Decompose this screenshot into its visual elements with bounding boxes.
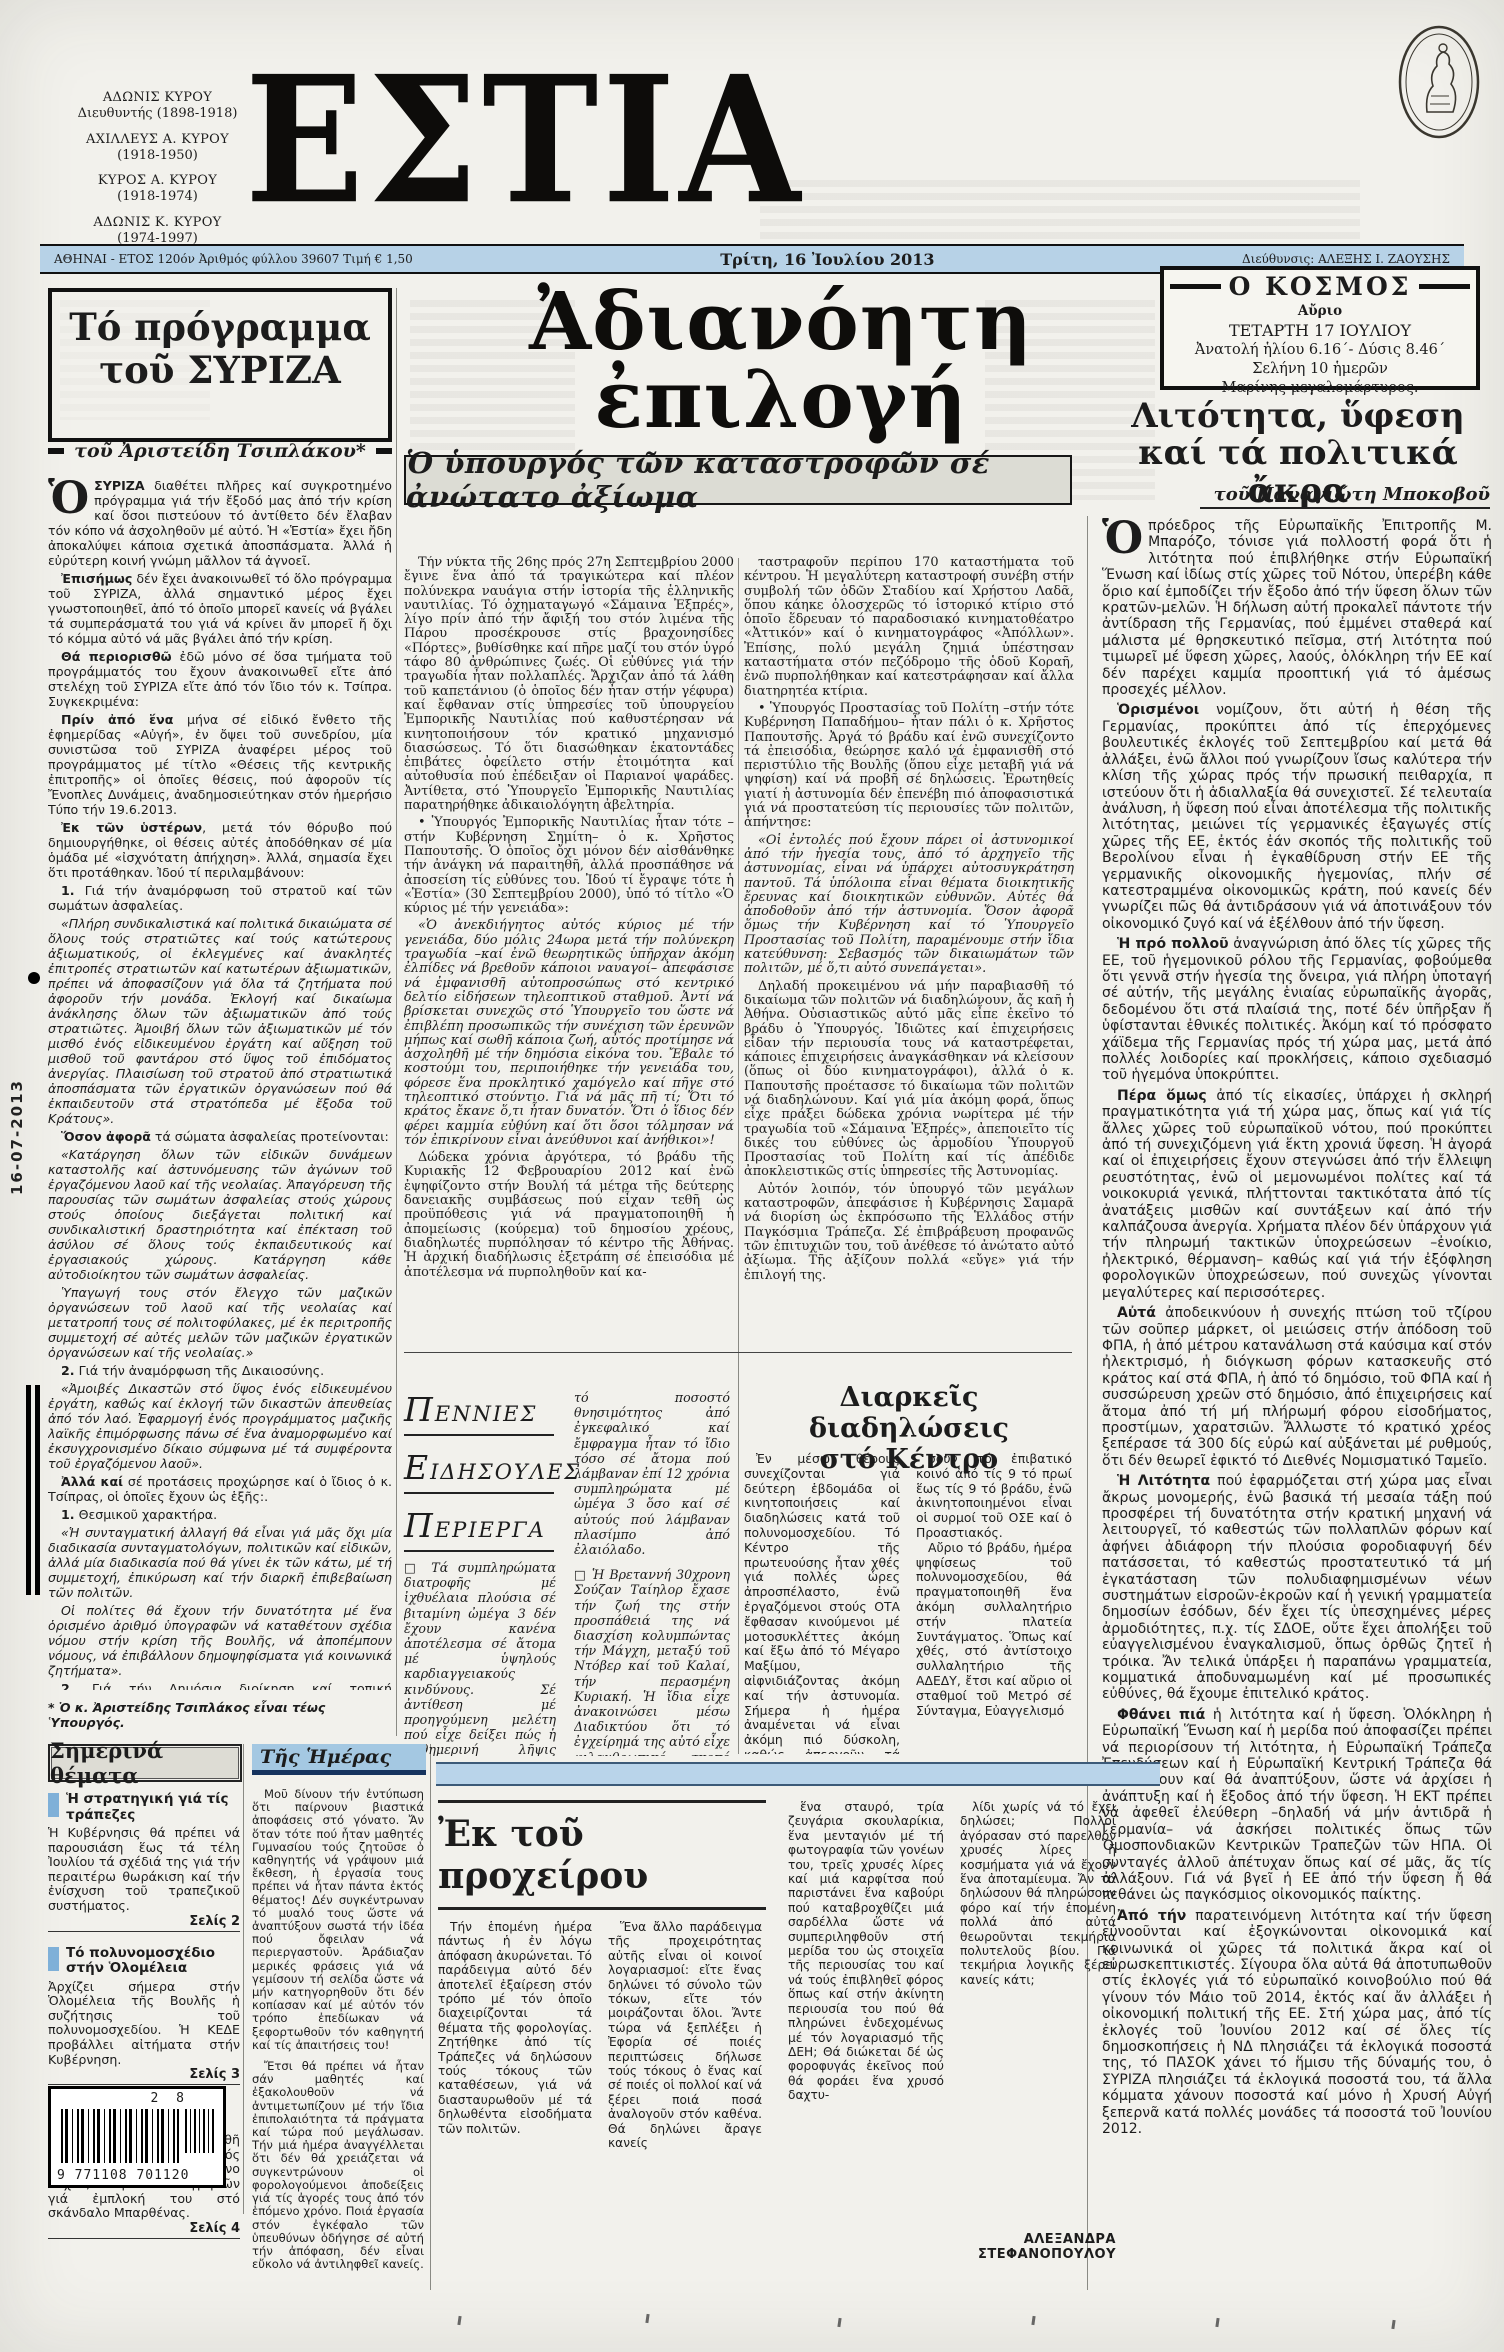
kosmos-lines: ΑὔριοΤΕΤΑΡΤΗ 17 ΙΟΥΛΙΟΥἈνατολή ἡλίου 6.1… (1164, 301, 1476, 404)
issue-barcode: 2 8 9 771108 701120 (48, 2086, 226, 2188)
kosmos-weather-box: Ο ΚΟΣΜΟΣ ΑὔριοΤΕΤΑΡΤΗ 17 ΙΟΥΛΙΟΥἈνατολή … (1160, 266, 1480, 390)
kosmos-rule (1170, 284, 1221, 289)
main-article-column-1: Τήν νύκτα τῆς 26ης πρός 27η Σεπτεμβρίου … (404, 556, 734, 1348)
protests-column-1: Ἐν μέσω θέρους συνεχίζονται γιά δεύτερη … (744, 1452, 900, 1754)
director-years: Διευθυντής (1898-1918) (55, 106, 260, 122)
pennies-col1-items: □ Τά συμπληρώματα διατροφῆς μέ ἰχθυέλαια… (404, 1560, 556, 1756)
theme-item-title: Τό πολυνομοσχέδιο στήν Ὁλομέλεια (48, 1946, 240, 1977)
casual-col2: Ἕνα ἄλλο παράδειγμα τῆς προχειρότητας αὐ… (608, 1920, 762, 2151)
barcode-bars-addon (185, 2109, 215, 2153)
main-headline-line2: ἐπιλογή (400, 360, 1162, 438)
column-rule (738, 558, 739, 1754)
day-column-header: Τῆς Ἡμέρας (252, 1744, 426, 1775)
theme-item-page: Σελίς 2 (48, 1914, 240, 1932)
print-speck (1215, 2318, 1219, 2327)
casual-signature: ΑΛΕΞΑΝΔΡΑ ΣΤΕΦΑΝΟΠΟΥΛΟΥ (900, 2232, 1116, 2262)
estia-emblem-seal (1397, 24, 1481, 140)
opinion-byline-row: τοῦ Ἀριστείδη Τσιπλάκου* (48, 440, 392, 462)
pennies-title-word3: ΠΕΡΙΕΡΓΑ (404, 1506, 554, 1552)
theme-item-page: Σελίς 3 (48, 2067, 240, 2085)
main-headline: Ἀδιανόητη ἐπιλογή (400, 282, 1162, 439)
casual-col4: λίδι χωρίς νά τό ἔχει δηλώσει; Πολλοί ἀγ… (960, 1800, 1116, 1987)
director-entry: ΑΔΩΝΙΣ Κ. ΚΥΡΟΥ (1974-1997) (55, 215, 260, 248)
column-rule (396, 288, 397, 1736)
opinion-paragraphs: ΣΥΡΙΖΑ διαθέτει πλῆρες καί συγκροτημένο … (48, 478, 392, 1690)
theme-item: Τό πολυνομοσχέδιο στήν Ὁλομέλεια Ἀρχίζει… (48, 1946, 240, 2086)
barcode-bars (61, 2109, 179, 2163)
byline-rule (48, 448, 64, 454)
opinion-title-line1: Τό πρόγραμμα (52, 306, 388, 349)
theme-item: Ἡ στρατηγική γιά τίς τράπεζες Ἡ Κυβέρνησ… (48, 1792, 240, 1932)
main-headline-line1: Ἀδιανόητη (400, 282, 1162, 360)
edge-print-date: 16-07-2013 (8, 1005, 26, 1195)
dateline-issue-info: ΑΘΗΝΑΙ - ΕΤΟΣ 120όν Ἀριθμός φύλλου 39607… (54, 252, 413, 266)
director-name: ΑΔΩΝΙΣ Κ. ΚΥΡΟΥ (55, 215, 260, 231)
main-subhead-box: Ὁ ὑπουργός τῶν καταστροφῶν σέ ἀνώτατο ἀξ… (404, 455, 1072, 505)
kosmos-rule (1419, 284, 1470, 289)
opinion-byline: τοῦ Ἀριστείδη Τσιπλάκου* (74, 440, 366, 462)
day-paragraphs: Μοῦ δίνουν τήν ἐντύπωση ὅτι παίρνουν βια… (252, 1788, 424, 2271)
director-name: ΑΧΙΛΛΕΥΣ Α. ΚΥΡΟΥ (55, 132, 260, 148)
themes-title: Σημερινά θέματα (50, 1738, 240, 1788)
casual-col1: Τήν ἑπομένη ἡμέρα πάντως ἡ ἐν λόγω ἀπόφα… (438, 1920, 592, 2136)
opinion-article-body: Ὁ ΣΥΡΙΖΑ διαθέτει πλῆρες καί συγκροτημέν… (48, 478, 392, 1690)
theme-item-text: Ἡ Κυβέρνησις θά πρέπει νά παρουσιάση ἕως… (48, 1826, 240, 1914)
column-rule (430, 1744, 431, 2290)
newspaper-logo: ΕΣΤΙΑ (245, 37, 760, 250)
world-paragraphs: πρόεδρος τῆς Εὐρωπαϊκῆς Ἐπιτροπῆς Μ. Μπα… (1102, 518, 1492, 2137)
casual-section-title: Ἐκ τοῦ προχείρου (438, 1813, 766, 1897)
day-column-body: Μοῦ δίνουν τήν ἐντύπωση ὅτι παίρνουν βια… (252, 1788, 424, 2290)
opinion-footnote: * Ὁ κ. Ἀριστείδης Τσιπλάκος εἶναι τέως Ὑ… (48, 1700, 392, 1730)
byline-rule (376, 448, 392, 454)
director-name: ΑΔΩΝΙΣ ΚΥΡΟΥ (55, 90, 260, 106)
director-name: ΚΥΡΟΣ Α. ΚΥΡΟΥ (55, 173, 260, 189)
pennies-title-word1: ΠΕΝΝΙΕΣ (404, 1390, 554, 1436)
opinion-title-box: Τό πρόγραμμα τοῦ ΣΥΡΙΖΑ (48, 288, 392, 442)
theme-item-text: Ἀρχίζει σήμερα στήν Ὁλομέλεια τῆς Βουλῆς… (48, 1980, 240, 2068)
former-directors-list: ΑΔΩΝΙΣ ΚΥΡΟΥ Διευθυντής (1898-1918) ΑΧΙΛ… (55, 90, 260, 256)
pennies-section-title: ΠΕΝΝΙΕΣ ΕΙΔΗΣΟΥΛΕΣ ΠΕΡΙΕΡΓΑ (404, 1390, 554, 1564)
casual-column-1: Τήν ἑπομένη ἡμέρα πάντως ἡ ἐν λόγω ἀπόφα… (438, 1920, 592, 2268)
opinion-dropcap: Ὁ (48, 478, 94, 517)
day-column-title: Τῆς Ἡμέρας (260, 1746, 391, 1768)
protests-col1: Ἐν μέσω θέρους συνεχίζονται γιά δεύτερη … (744, 1452, 900, 1754)
dateline-date: Τρίτη, 16 Ἰουλίου 2013 (720, 250, 934, 269)
barcode-issue-number: 2 8 (151, 2091, 189, 2106)
pennies-col2-items: τό ποσοστό θνησιμότητος ἀπό ἐγκεφαλικό κ… (574, 1390, 730, 1756)
main-col1-paragraphs: Τήν νύκτα τῆς 26ης πρός 27η Σεπτεμβρίου … (404, 556, 734, 1280)
section-divider-rule (404, 1352, 1072, 1353)
edge-registration-bar (35, 1385, 40, 1595)
protests-column-2: σουν τό ἐπιβατικό κοινό ἀπό τίς 9 τό πρω… (916, 1452, 1072, 1754)
opinion-title-line2: τοῦ ΣΥΡΙΖΑ (52, 349, 388, 392)
world-article-byline: τοῦ Παναγιώτη Μποκοβοῦ (1200, 484, 1490, 509)
world-article-body: Ὁ πρόεδρος τῆς Εὐρωπαϊκῆς Ἐπιτροπῆς Μ. Μ… (1102, 518, 1492, 2290)
director-years: (1918-1950) (55, 148, 260, 164)
bleed-through-texture (760, 180, 1360, 240)
pennies-title-word2: ΕΙΔΗΣΟΥΛΕΣ (404, 1448, 554, 1494)
pennies-column-2: τό ποσοστό θνησιμότητος ἀπό ἐγκεφαλικό κ… (574, 1390, 730, 1756)
theme-item-title: Ἡ στρατηγική γιά τίς τράπεζες (48, 1792, 240, 1823)
edge-registration-bar (26, 1385, 31, 1595)
world-title-line1: Λιτότητα, ὕφεση (1102, 398, 1494, 435)
main-article-column-2: ταστραφοῦν περίπου 170 καταστήματα τοῦ κ… (744, 556, 1074, 1348)
casual-column-4: λίδι χωρίς νά τό ἔχει δηλώσει; Πολλοί ἀγ… (960, 1800, 1116, 2220)
protests-col2: σουν τό ἐπιβατικό κοινό ἀπό τίς 9 τό πρω… (916, 1452, 1072, 1718)
world-dropcap: Ὁ (1102, 518, 1148, 557)
theme-item-page: Σελίς 4 (48, 2221, 240, 2239)
director-years: (1918-1974) (55, 189, 260, 205)
print-speck (457, 2316, 461, 2325)
main-subhead: Ὁ ὑπουργός τῶν καταστροφῶν σέ ἀνώτατο ἀξ… (406, 446, 1070, 514)
print-speck (1391, 2320, 1395, 2329)
director-entry: ΑΧΙΛΛΕΥΣ Α. ΚΥΡΟΥ (1918-1950) (55, 132, 260, 165)
print-speck (645, 2314, 649, 2323)
column-rule (243, 1744, 244, 2214)
edge-dot-mark (28, 972, 40, 984)
main-col2-paragraphs: ταστραφοῦν περίπου 170 καταστήματα τοῦ κ… (744, 556, 1074, 1283)
kosmos-title: Ο ΚΟΣΜΟΣ (1229, 272, 1412, 301)
blue-square-bullet-icon (48, 1947, 59, 1971)
director-entry: ΚΥΡΟΣ Α. ΚΥΡΟΥ (1918-1974) (55, 173, 260, 206)
newspaper-front-page: ΑΔΩΝΙΣ ΚΥΡΟΥ Διευθυντής (1898-1918) ΑΧΙΛ… (0, 0, 1504, 2352)
casual-column-2: Ἕνα ἄλλο παράδειγμα τῆς προχειρότητας αὐ… (608, 1920, 762, 2268)
dateline-publisher: Διεύθυνσις: ΑΛΕΞΗΣ Ι. ΖΑΟΥΣΗΣ (1242, 252, 1450, 266)
themes-header: Σημερινά θέματα (48, 1744, 242, 1782)
barcode-digits: 9 771108 701120 (57, 2168, 189, 2183)
protests-title-line1: Διαρκεῖς διαδηλώσεις (744, 1382, 1074, 1444)
blue-square-bullet-icon (48, 1793, 59, 1817)
pennies-column-1: □ Τά συμπληρώματα διατροφῆς μέ ἰχθυέλαια… (404, 1560, 556, 1756)
blue-separator-band (436, 1762, 1160, 1786)
casual-section-header: Ἐκ τοῦ προχείρου (438, 1800, 766, 1910)
casual-column-3: ἕνα σταυρό, τρία ζευγάρια σκουλαρίκια, ἕ… (788, 1800, 944, 2268)
kosmos-title-row: Ο ΚΟΣΜΟΣ (1164, 270, 1476, 301)
director-entry: ΑΔΩΝΙΣ ΚΥΡΟΥ Διευθυντής (1898-1918) (55, 90, 260, 123)
print-speck (1031, 2316, 1035, 2325)
print-speck (837, 2318, 841, 2327)
casual-col3: ἕνα σταυρό, τρία ζευγάρια σκουλαρίκια, ἕ… (788, 1800, 944, 2103)
